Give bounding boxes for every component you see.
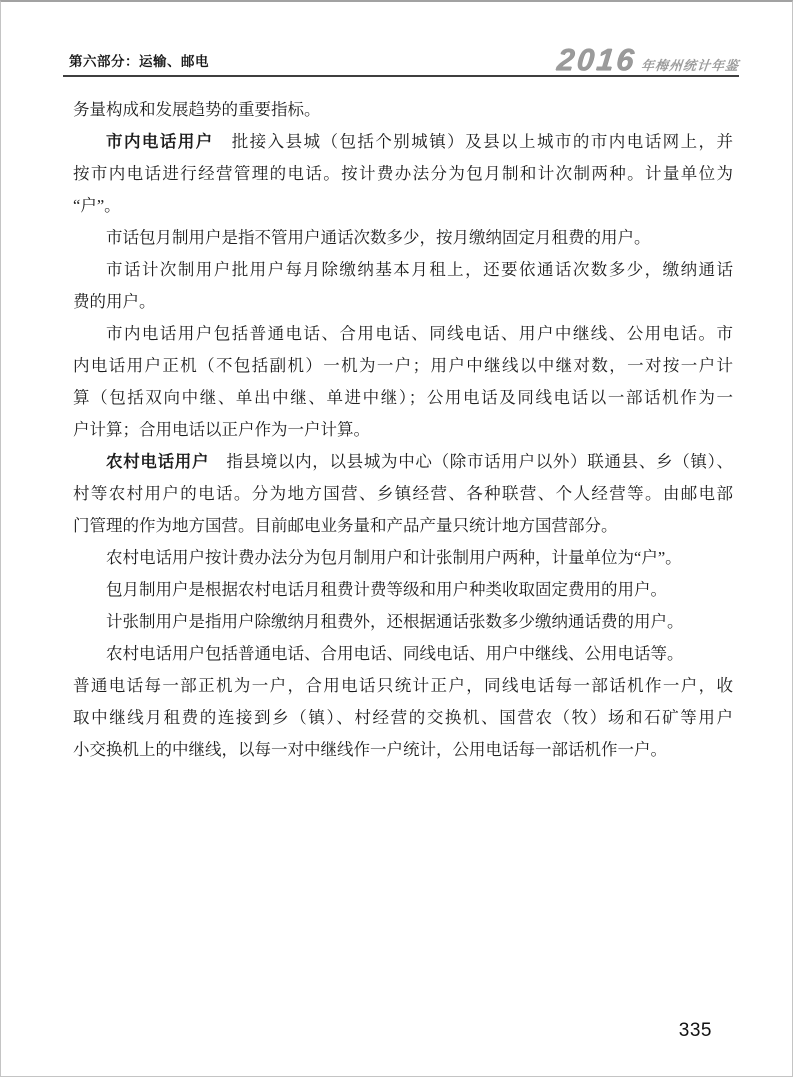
body-line: 普通电话每一部正机为一户，合用电话只统计正户，同线电话每一部话机作一户，收 bbox=[73, 670, 733, 702]
body-text-run: 农村电话用户按计费办法分为包月制用户和计张制用户两种，计量单位为“户”。 bbox=[106, 548, 682, 567]
body-line: 内电话用户正机（不包括副机）一机为一户；用户中继线以中继对数，一对按一户计 bbox=[73, 350, 733, 382]
body-line: “户”。 bbox=[73, 190, 733, 222]
body-line: 小交换机上的中继线，以每一对中继线作一户统计，公用电话每一部话机作一户。 bbox=[73, 734, 733, 766]
body-text-run: 村等农村用户的电话。分为地方国营、乡镇经营、各种联营、个人经营等。由邮电部 bbox=[73, 484, 733, 503]
body-text-run: 门管理的作为地方国营。目前邮电业务量和产品产量只统计地方国营部分。 bbox=[73, 516, 618, 535]
body-text-run: 内电话用户正机（不包括副机）一机为一户；用户中继线以中继对数，一对按一户计 bbox=[73, 356, 733, 375]
body-text-run: 务量构成和发展趋势的重要指标。 bbox=[73, 100, 321, 119]
document-page: 第六部分：运输、邮电 2016 年梅州统计年鉴 务量构成和发展趋势的重要指标。市… bbox=[0, 0, 793, 1077]
page-body: 务量构成和发展趋势的重要指标。市内电话用户 批接入县城（包括个别城镇）及县以上城… bbox=[73, 94, 733, 766]
term-lead: 农村电话用户 bbox=[106, 453, 209, 471]
body-line: 计张制用户是指用户除缴纳月租费外，还根据通话张数多少缴纳通话费的用户。 bbox=[73, 606, 733, 638]
body-text-run: 普通电话每一部正机为一户，合用电话只统计正户，同线电话每一部话机作一户，收 bbox=[73, 676, 733, 695]
body-text-run: 指县境以内，以县城为中心（除市话用户以外）联通县、乡（镇）、 bbox=[209, 452, 733, 471]
body-line: 务量构成和发展趋势的重要指标。 bbox=[73, 94, 733, 126]
body-text-run: 算（包括双向中继、单出中继、单进中继）；公用电话及同线电话以一部话机作为一 bbox=[73, 388, 733, 407]
body-text-run: 包月制用户是根据农村电话月租费计费等级和用户种类收取固定费用的用户。 bbox=[106, 580, 667, 599]
body-line: 取中继线月租费的连接到乡（镇）、村经营的交换机、国营农（牧）场和石矿等用户 bbox=[73, 702, 733, 734]
body-line: 农村电话用户包括普通电话、合用电话、同线电话、用户中继线、公用电话等。 bbox=[73, 638, 733, 670]
logo-title: 年梅州统计年鉴 bbox=[640, 59, 739, 73]
body-text-run: 批接入县城（包括个别城镇）及县以上城市的市内电话网上，并 bbox=[214, 132, 733, 151]
body-text-run: 取中继线月租费的连接到乡（镇）、村经营的交换机、国营农（牧）场和石矿等用户 bbox=[73, 708, 733, 727]
body-text-run: 市内电话用户包括普通电话、合用电话、同线电话、用户中继线、公用电话。市 bbox=[106, 324, 733, 343]
body-line: 农村电话用户按计费办法分为包月制用户和计张制用户两种，计量单位为“户”。 bbox=[73, 542, 733, 574]
body-line: 按市内电话进行经营管理的电话。按计费办法分为包月制和计次制两种。计量单位为 bbox=[73, 158, 733, 190]
body-text-run: 小交换机上的中继线，以每一对中继线作一户统计，公用电话每一部话机作一户。 bbox=[73, 740, 667, 759]
body-text-run: 市话计次制用户批用户每月除缴纳基本月租上，还要依通话次数多少，缴纳通话 bbox=[106, 260, 733, 279]
body-line: 门管理的作为地方国营。目前邮电业务量和产品产量只统计地方国营部分。 bbox=[73, 510, 733, 542]
yearbook-logo: 2016 年梅州统计年鉴 bbox=[557, 48, 739, 75]
body-line: 市话包月制用户是指不管用户通话次数多少，按月缴纳固定月租费的用户。 bbox=[73, 222, 733, 254]
body-text-run: 市话包月制用户是指不管用户通话次数多少，按月缴纳固定月租费的用户。 bbox=[106, 228, 651, 247]
section-title: 第六部分：运输、邮电 bbox=[63, 50, 209, 75]
body-line: 市内电话用户包括普通电话、合用电话、同线电话、用户中继线、公用电话。市 bbox=[73, 318, 733, 350]
body-line: 农村电话用户 指县境以内，以县城为中心（除市话用户以外）联通县、乡（镇）、 bbox=[73, 446, 733, 478]
body-line: 市话计次制用户批用户每月除缴纳基本月租上，还要依通话次数多少，缴纳通话 bbox=[73, 254, 733, 286]
body-text-run: 费的用户。 bbox=[73, 292, 156, 311]
body-line: 包月制用户是根据农村电话月租费计费等级和用户种类收取固定费用的用户。 bbox=[73, 574, 733, 606]
body-line: 算（包括双向中继、单出中继、单进中继）；公用电话及同线电话以一部话机作为一 bbox=[73, 382, 733, 414]
body-text-run: 按市内电话进行经营管理的电话。按计费办法分为包月制和计次制两种。计量单位为 bbox=[73, 164, 733, 183]
page-header: 第六部分：运输、邮电 2016 年梅州统计年鉴 bbox=[63, 40, 739, 77]
body-text-run: “户”。 bbox=[73, 196, 121, 215]
body-text-run: 户计算；合用电话以正户作为一户计算。 bbox=[73, 420, 370, 439]
term-lead: 市内电话用户 bbox=[106, 133, 214, 151]
body-text-run: 计张制用户是指用户除缴纳月租费外，还根据通话张数多少缴纳通话费的用户。 bbox=[106, 612, 684, 631]
body-line: 户计算；合用电话以正户作为一户计算。 bbox=[73, 414, 733, 446]
logo-year: 2016 bbox=[556, 48, 637, 72]
body-text-run: 农村电话用户包括普通电话、合用电话、同线电话、用户中继线、公用电话等。 bbox=[106, 644, 684, 663]
body-line: 费的用户。 bbox=[73, 286, 733, 318]
body-line: 市内电话用户 批接入县城（包括个别城镇）及县以上城市的市内电话网上，并 bbox=[73, 126, 733, 158]
body-line: 村等农村用户的电话。分为地方国营、乡镇经营、各种联营、个人经营等。由邮电部 bbox=[73, 478, 733, 510]
page-number: 335 bbox=[679, 1020, 712, 1042]
